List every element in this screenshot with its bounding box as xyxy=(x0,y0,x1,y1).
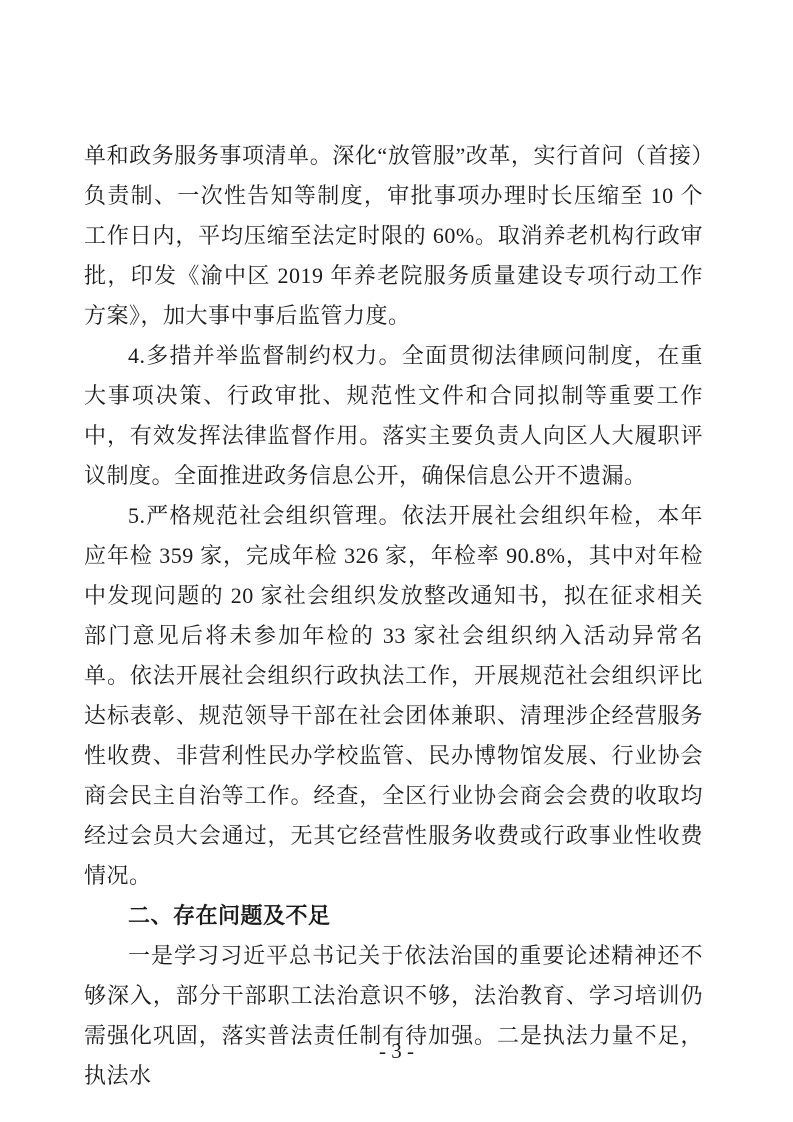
page-footer: - 3 - xyxy=(0,1036,793,1066)
paragraph: 一是学习习近平总书记关于依法治国的重要论述精神还不够深入，部分干部职工法治意识不… xyxy=(84,936,703,1096)
paragraph: 5.严格规范社会组织管理。依法开展社会组织年检，本年应年检 359 家，完成年检… xyxy=(84,496,703,896)
page-number: - 3 - xyxy=(379,1039,414,1063)
paragraph: 4.多措并举监督制约权力。全面贯彻法律顾问制度，在重大事项决策、行政审批、规范性… xyxy=(84,336,703,496)
section-heading: 二、存在问题及不足 xyxy=(84,896,703,936)
document-page: 单和政务服务事项清单。深化“放管服”改革，实行首问（首接）负责制、一次性告知等制… xyxy=(0,0,793,1122)
document-body: 单和政务服务事项清单。深化“放管服”改革，实行首问（首接）负责制、一次性告知等制… xyxy=(84,136,703,1096)
paragraph: 单和政务服务事项清单。深化“放管服”改革，实行首问（首接）负责制、一次性告知等制… xyxy=(84,136,703,336)
